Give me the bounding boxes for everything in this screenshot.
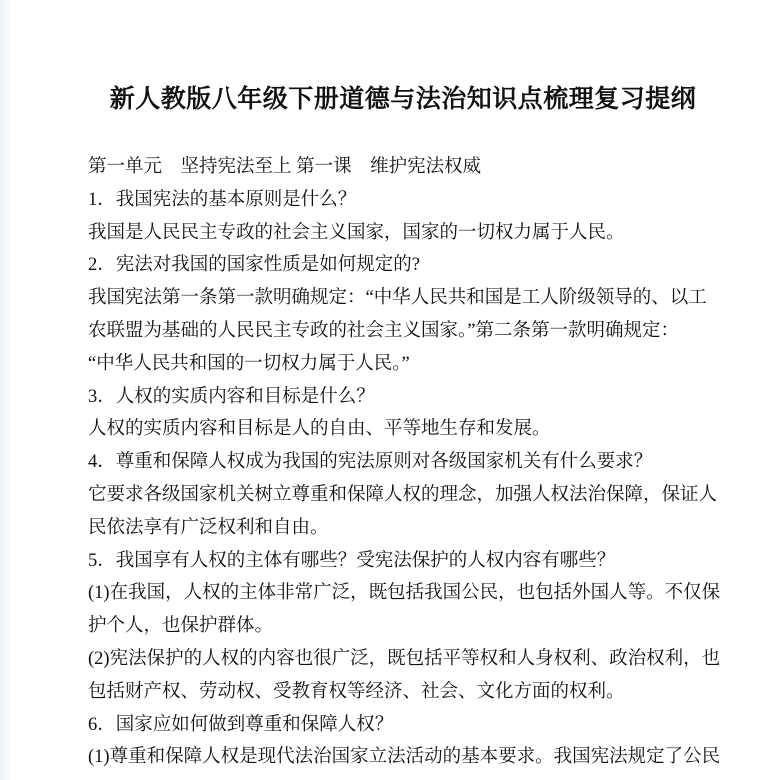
answer-line: (1)尊重和保障人权是现代法治国家立法活动的基本要求。我国宪法规定了公民 (88, 741, 768, 774)
answer-line: 护个人，也保护群体。 (88, 610, 768, 643)
answer-line: (1)在我国，人权的主体非常广泛，既包括我国公民，也包括外国人等。不仅保 (88, 577, 768, 610)
answer-line: (2)宪法保护的人权的内容也很广泛，既包括平等权和人身权利、政治权利，也 (88, 643, 768, 676)
viewer-edge (0, 0, 11, 780)
document-body: 第一单元 坚持宪法至上 第一课 维护宪法权威 1．我国宪法的基本原则是什么？ 我… (88, 151, 768, 774)
answer-line: 它要求各级国家机关树立尊重和保障人权的理念，加强人权法治保障，保证人 (88, 479, 768, 512)
answer-line: 我国宪法第一条第一款明确规定：“中华人民共和国是工人阶级领导的、以工 (88, 282, 768, 315)
question-line: 4．尊重和保障人权成为我国的宪法原则对各级国家机关有什么要求？ (88, 446, 768, 479)
answer-line: 农联盟为基础的人民民主专政的社会主义国家。”第二条第一款明确规定： (88, 315, 768, 348)
answer-line: 人权的实质内容和目标是人的自由、平等地生存和发展。 (88, 413, 768, 446)
answer-line: 民依法享有广泛权利和自由。 (88, 512, 768, 545)
answer-line: 包括财产权、劳动权、受教育权等经济、社会、文化方面的权利。 (88, 676, 768, 709)
question-line: 1．我国宪法的基本原则是什么？ (88, 184, 768, 217)
question-line: 3．人权的实质内容和目标是什么？ (88, 381, 768, 414)
question-line: 2．宪法对我国的国家性质是如何规定的? (88, 249, 768, 282)
question-line: 5．我国享有人权的主体有哪些？受宪法保护的人权内容有哪些？ (88, 545, 768, 578)
answer-line: 我国是人民民主专政的社会主义国家，国家的一切权力属于人民。 (88, 217, 768, 250)
answer-line: “中华人民共和国的一切权力属于人民。” (88, 348, 768, 381)
section-heading: 第一单元 坚持宪法至上 第一课 维护宪法权威 (88, 151, 768, 184)
document-page: 新人教版八年级下册道德与法治知识点梳理复习提纲 第一单元 坚持宪法至上 第一课 … (0, 0, 780, 780)
question-line: 6．国家应如何做到尊重和保障人权？ (88, 709, 768, 742)
document-title: 新人教版八年级下册道德与法治知识点梳理复习提纲 (88, 82, 718, 118)
